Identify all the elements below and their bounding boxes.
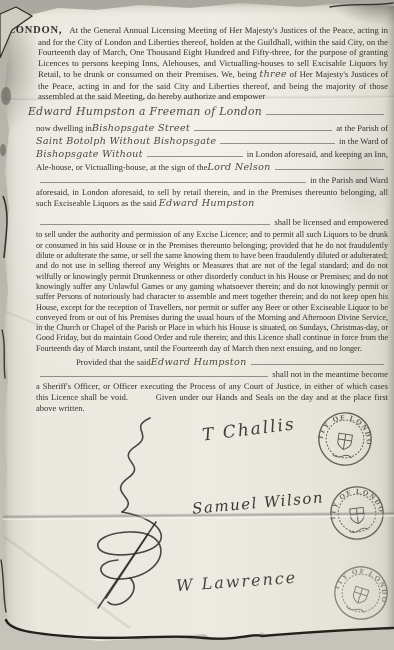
parish-ward-label: in the Parish and Ward: [310, 174, 388, 186]
city-of-london-seal: CITY OF LONDON: [323, 556, 394, 630]
keeping-inn-label: in London aforesaid, and keeping an Inn,: [247, 148, 388, 160]
fill-rule-line: [147, 156, 243, 157]
handwritten-grantee-proviso: Edward Humpston: [151, 357, 247, 369]
paper-crease: [0, 526, 131, 629]
parish-label: at the Parish of: [336, 122, 388, 134]
signature-samuel-wilson: Samuel Wilson: [191, 488, 324, 517]
parish-row: Saint Botolph Without Bishopsgate in the…: [36, 135, 388, 148]
signature-t-challis: T Challis: [201, 414, 297, 445]
handwritten-grantee-repeat: Edward Humpston: [159, 198, 255, 209]
sign-row: Ale-house, or Victualling-house, at the …: [36, 161, 388, 174]
signature-w-lawrence: W Lawrence: [175, 568, 297, 595]
dwelling-row: now dwelling in Bishopsgate Street at th…: [36, 122, 388, 135]
licensed-label: shall be licensed and empowered: [274, 217, 388, 228]
fill-rule-line: [266, 114, 384, 115]
place-heading: LONDON,: [8, 25, 67, 36]
parish-ward-row: in the Parish and Ward: [36, 174, 388, 186]
fill-rule-line: [40, 224, 270, 225]
corner-stain: [326, 0, 394, 28]
document-page: LONDON, At the General Annual Licensing …: [0, 0, 394, 650]
handwritten-justice-count: three: [259, 69, 286, 80]
document-text: LONDON, At the General Annual Licensing …: [8, 25, 388, 413]
handwritten-street: Bishopsgate Street: [92, 123, 190, 135]
opening-paragraph: LONDON, At the General Annual Licensing …: [8, 25, 388, 102]
become-line-row: shall not in the meantime become: [36, 369, 388, 380]
sign-label: Ale-house, or Victualling-house, at the …: [36, 161, 207, 173]
ward-label: in the Ward of: [339, 135, 388, 147]
city-of-london-seal: CITY OF LONDON: [310, 406, 380, 473]
ward-row: Bishopsgate Without in London aforesaid,…: [36, 148, 388, 161]
handwritten-ward: Bishopsgate Without: [36, 149, 143, 161]
photo-backdrop: LONDON, At the General Annual Licensing …: [0, 0, 394, 650]
become-label: shall not in the meantime become: [272, 369, 388, 380]
handwritten-grantee-name: Edward Humpston a Freeman of London: [28, 105, 262, 118]
signature-flourish: [78, 412, 188, 634]
form-section: now dwelling in Bishopsgate Street at th…: [36, 122, 388, 186]
handwritten-house-sign: Lord Nelson: [207, 162, 270, 174]
licensed-line-row: shall be licensed and empowered: [36, 217, 388, 228]
fill-rule-line: [40, 376, 268, 377]
proviso-label: Provided that the said: [76, 356, 151, 368]
grantee-line: Edward Humpston a Freeman of London: [28, 105, 388, 118]
fill-rule-line: [220, 143, 335, 144]
aforesaid-paragraph: aforesaid, in London aforesaid, to sell …: [36, 187, 388, 209]
conditions-paragraph: to sell under the authority and permissi…: [36, 230, 388, 354]
proviso-row: Provided that the said Edward Humpston: [76, 356, 388, 369]
fill-rule-line: [275, 169, 384, 170]
handwritten-parish: Saint Botolph Without Bishopsgate: [36, 136, 216, 148]
fill-rule-line: [251, 364, 384, 365]
fill-rule-line: [40, 182, 306, 183]
fill-rule-line: [194, 130, 332, 131]
city-of-london-seal: CITY OF LONDON: [323, 480, 392, 545]
dwelling-label: now dwelling in: [36, 122, 92, 134]
